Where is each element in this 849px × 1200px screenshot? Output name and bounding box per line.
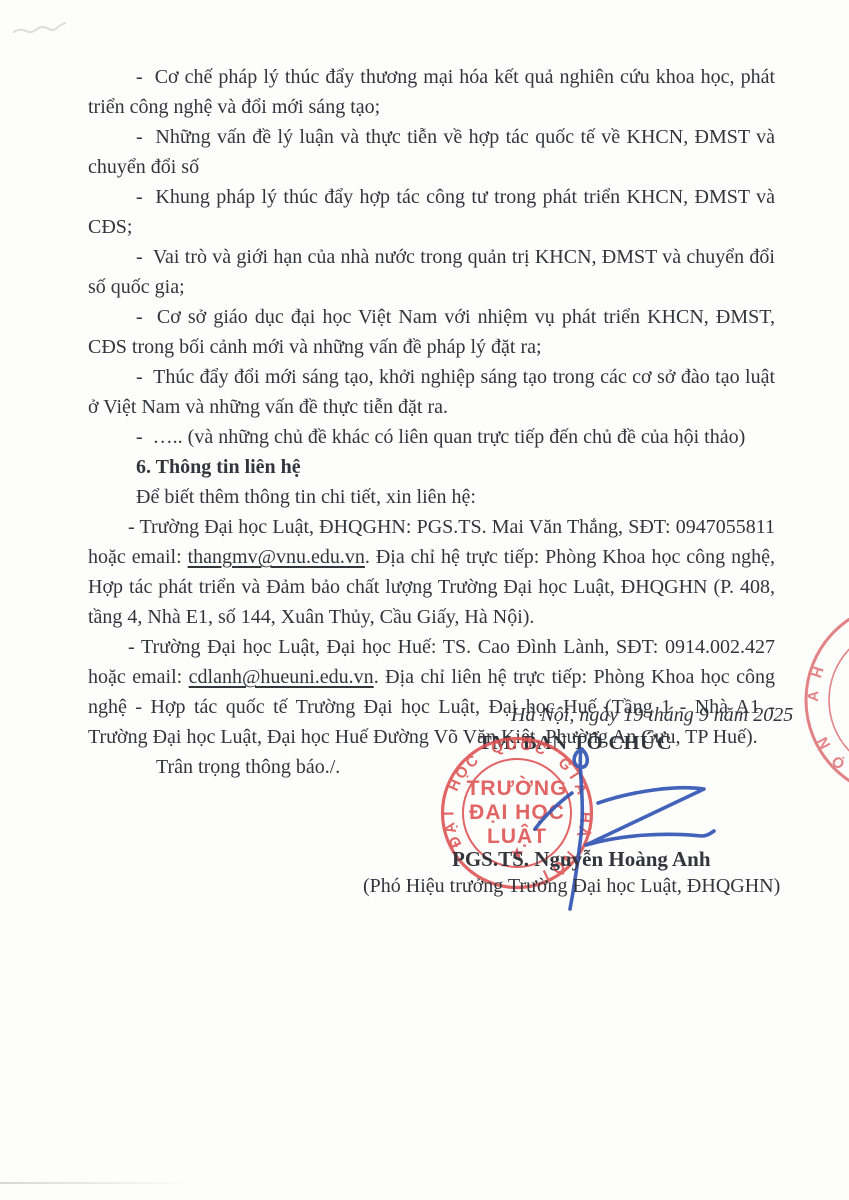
- svg-text:U: U: [506, 736, 518, 754]
- svg-text:N: N: [814, 734, 834, 752]
- bullet-item: - Những vấn đề lý luận và thực tiễn về h…: [88, 122, 775, 182]
- section-heading: 6. Thông tin liên hệ: [88, 452, 775, 482]
- scan-artifact-line: [0, 1182, 195, 1184]
- signer-name: PGS.TS. Nguyễn Hoàng Anh: [452, 847, 711, 872]
- bullet-item: - Cơ chế pháp lý thúc đẩy thương mại hóa…: [88, 62, 775, 122]
- pencil-mark: [10, 18, 80, 44]
- svg-text:I: I: [440, 811, 457, 815]
- bullet-item: - Cơ sở giáo dục đại học Việt Nam với nh…: [88, 302, 775, 362]
- document-body: - Cơ chế pháp lý thúc đẩy thương mại hóa…: [88, 62, 775, 782]
- email-link[interactable]: thangmv@vnu.edu.vn: [188, 546, 365, 568]
- bullet-item: - Khung pháp lý thúc đẩy hợp tác công tư…: [88, 182, 775, 242]
- date-line: Hà Nội, ngày 19 tháng 9 năm 2025: [511, 704, 793, 727]
- svg-text:Ộ: Ộ: [828, 752, 849, 773]
- contact-paragraph: - Trường Đại học Luật, ĐHQGHN: PGS.TS. M…: [88, 512, 775, 632]
- bullet-item: - Thúc đẩy đổi mới sáng tạo, khởi nghiệp…: [88, 362, 775, 422]
- contact-intro: Để biết thêm thông tin chi tiết, xin liê…: [88, 482, 775, 512]
- scanned-document-page: - Cơ chế pháp lý thúc đẩy thương mại hóa…: [0, 0, 849, 1200]
- bullet-item: - ….. (và những chủ đề khác có liên quan…: [88, 422, 775, 452]
- svg-text:À: À: [805, 690, 822, 702]
- bullet-item: - Vai trò và giới hạn của nhà nước trong…: [88, 242, 775, 302]
- email-link[interactable]: cdlanh@hueuni.edu.vn: [189, 666, 374, 688]
- signer-title: (Phó Hiệu trưởng Trường Đại học Luật, ĐH…: [363, 875, 780, 898]
- edge-stamp-fragment: HÀNỘ: [787, 618, 849, 818]
- edge-stamp-letters: HÀNỘ: [805, 665, 849, 773]
- svg-text:H: H: [808, 665, 828, 681]
